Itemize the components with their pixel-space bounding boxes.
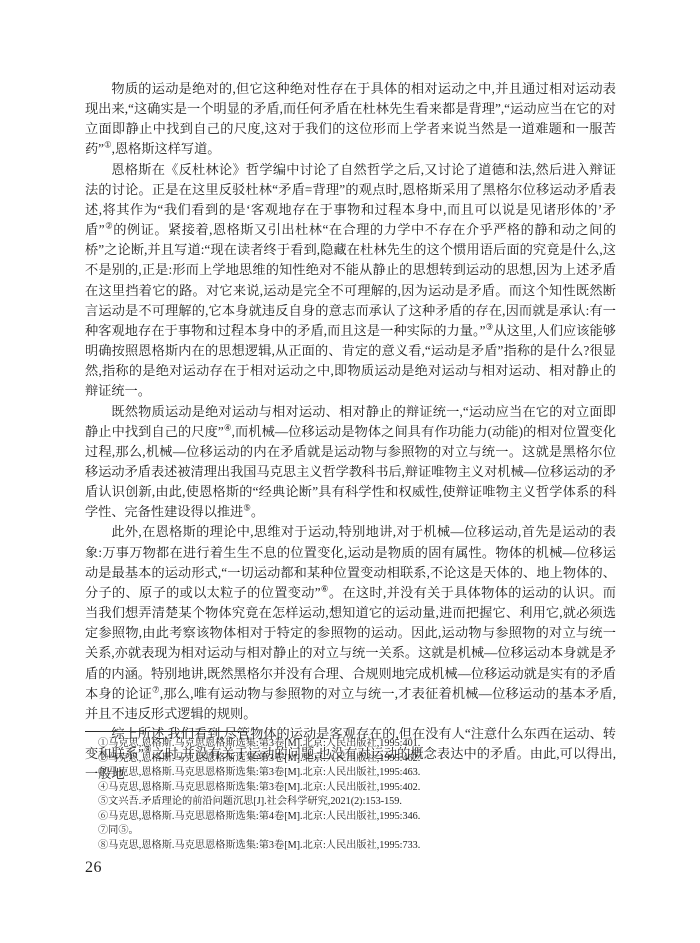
text-run: 的例证。紧接着,恩格斯又引出杜林“在合理的力学中不存在介乎严格的静和动之间的桥”…	[85, 222, 616, 338]
text-run: 。在这时,并没有关于具体物体的运动的认识。而当我们想弄清楚某个物体究竟在怎样运动…	[85, 585, 616, 701]
footnote-ref-6: ⑥	[321, 584, 329, 594]
footnote-ref-5: ⑤	[243, 503, 251, 513]
footnote-2: ②马克思,恩格斯.马克思恩格斯选集:第3卷[M].北京:人民出版社,1995:4…	[85, 752, 616, 767]
footnote-8: ⑧马克思,恩格斯.马克思恩格斯选集:第3卷[M].北京:人民出版社,1995:7…	[85, 839, 616, 854]
paragraph-4: 此外,在恩格斯的理论中,思维对于运动,特别地讲,对于机械—位移运动,首先是运动的…	[85, 522, 616, 724]
footnote-ref-2: ②	[105, 221, 114, 231]
paragraph-3: 既然物质运动是绝对运动与相对运动、相对静止的辩证统一,“运动应当在它的对立面即静…	[85, 402, 616, 523]
text-run: ,恩格斯这样写道。	[112, 141, 221, 156]
footnote-separator	[85, 731, 247, 732]
paragraph-1: 物质的运动是绝对的,但它这种绝对性存在于具体的相对运动之中,并且通过相对运动表现…	[85, 79, 616, 160]
page-number: 26	[85, 859, 102, 877]
footnote-4: ④马克思,恩格斯.马克思恩格斯选集:第3卷[M].北京:人民出版社,1995:4…	[85, 781, 616, 796]
footnote-6: ⑥马克思,恩格斯.马克思恩格斯选集:第4卷[M].北京:人民出版社,1995:3…	[85, 810, 616, 825]
text-run: ,那么,唯有运动物与参照物的对立与统一,才表征着机械—位移运动的基本矛盾,并且不…	[85, 686, 616, 721]
footnote-3: ③马克思,恩格斯.马克思恩格斯选集:第3卷[M].北京:人民出版社,1995:4…	[85, 766, 616, 781]
footnote-ref-1: ①	[104, 140, 112, 150]
document-page: 物质的运动是绝对的,但它这种绝对性存在于具体的相对运动之中,并且通过相对运动表现…	[0, 0, 700, 943]
footnote-ref-4: ④	[224, 422, 232, 432]
article-body: 物质的运动是绝对的,但它这种绝对性存在于具体的相对运动之中,并且通过相对运动表现…	[85, 79, 616, 784]
footnotes-section: ①马克思,恩格斯.马克思恩格斯选集:第3卷[M].北京:人民出版社,1995:4…	[85, 737, 616, 853]
footnote-ref-7: ⑦	[152, 684, 160, 694]
text-run: 。	[251, 504, 264, 519]
paragraph-2: 恩格斯在《反杜林论》哲学编中讨论了自然哲学之后,又讨论了道德和法,然后进入辩证法…	[85, 160, 616, 402]
footnote-7: ⑦同⑤。	[85, 824, 616, 839]
footnote-5: ⑤文兴吾.矛盾理论的前沿问题沉思[J].社会科学研究,2021(2):153-1…	[85, 795, 616, 810]
footnote-1: ①马克思,恩格斯.马克思恩格斯选集:第3卷[M].北京:人民出版社,1995:4…	[85, 737, 616, 752]
